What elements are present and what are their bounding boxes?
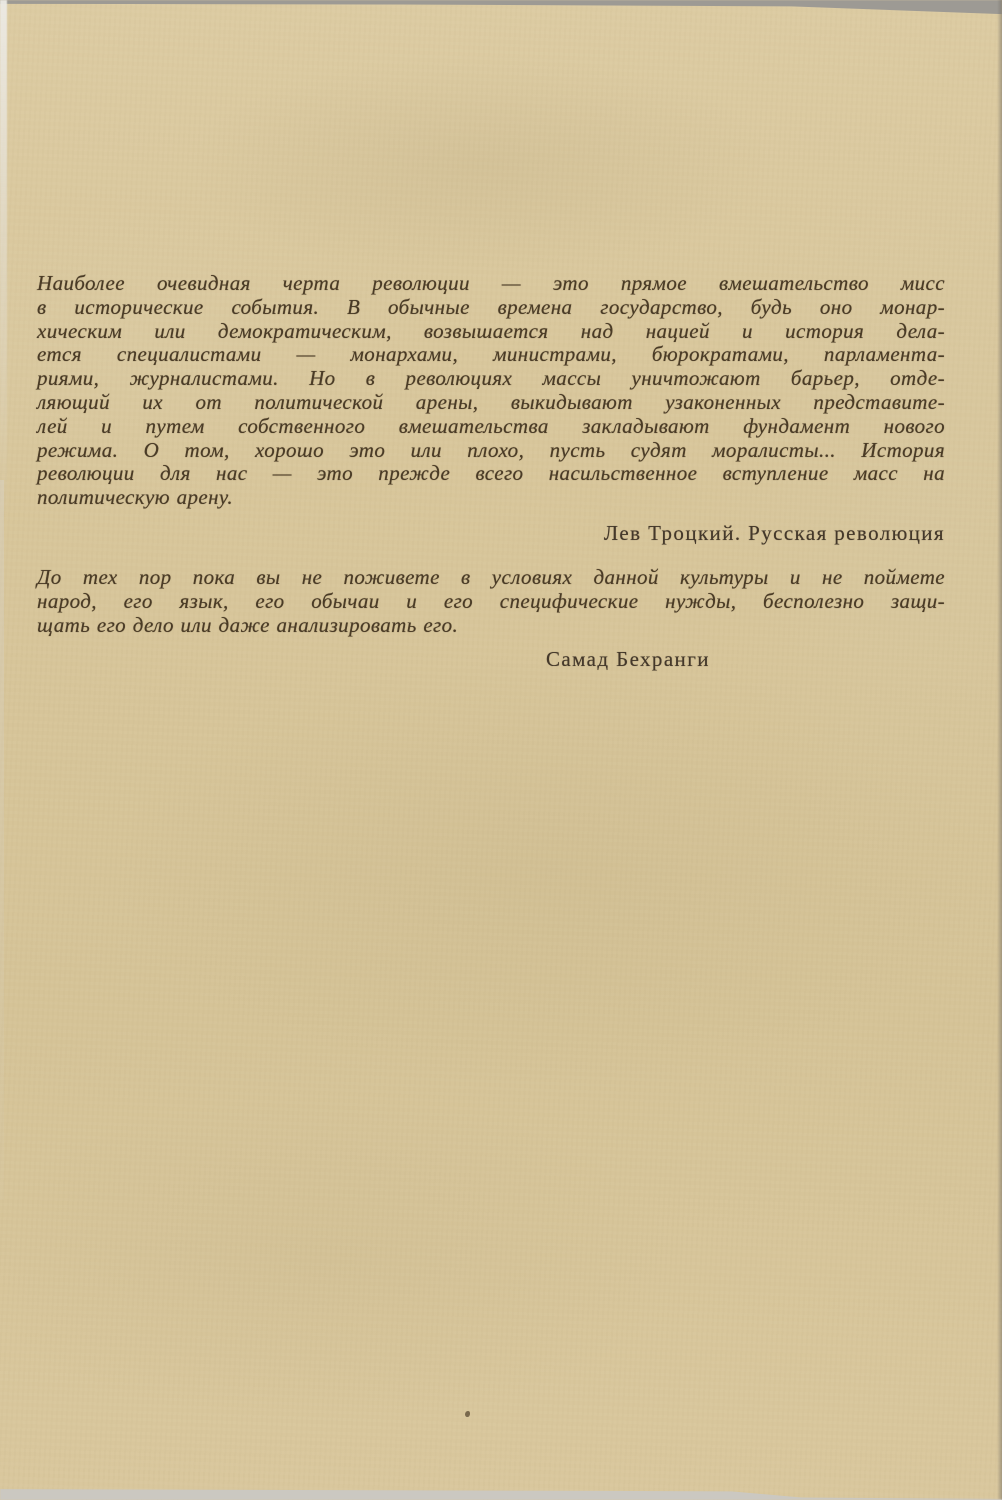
- epigraph-behrangi-quote: До тех пор пока вы не поживете в условия…: [37, 566, 945, 637]
- scan-edge-left: [0, 0, 7, 520]
- quote-line: лей и путем собственного вмешательства з…: [37, 415, 945, 439]
- book-page-scan: Наиболее очевидная черта революции — это…: [0, 0, 1002, 1500]
- quote-line: Наиболее очевидная черта революции — это…: [37, 272, 945, 296]
- epigraph-trotsky-quote: Наиболее очевидная черта революции — это…: [37, 272, 945, 510]
- quote-line: щать его дело или даже анализировать его…: [37, 614, 945, 638]
- quote-line: народ, его язык, его обычаи и его специф…: [37, 590, 945, 614]
- scan-edge-bottom: [0, 1486, 1002, 1500]
- quote-line: риями, журналистами. Но в революциях мас…: [37, 367, 945, 391]
- quote-line: ляющий их от политической арены, выкидыв…: [37, 391, 945, 415]
- quote-line: в исторические события. В обычные времен…: [37, 296, 945, 320]
- quote-line: ется специалистами — монархами, министра…: [37, 343, 945, 367]
- attribution-trotsky: Лев Троцкий. Русская революция: [604, 520, 945, 546]
- scan-edge-left-lower: [0, 480, 4, 1200]
- scan-edge-right: [997, 0, 1002, 1500]
- quote-line: политическую арену.: [37, 486, 945, 510]
- quote-line: До тех пор пока вы не поживете в условия…: [37, 566, 945, 590]
- quote-line: революции для нас — это прежде всего нас…: [37, 462, 945, 486]
- attribution-behrangi: Самад Бехранги: [546, 646, 710, 672]
- quote-line: хическим или демократическим, возвышаетс…: [37, 320, 945, 344]
- paper-texture: [0, 0, 1002, 1500]
- scan-edge-top: [0, 0, 1002, 16]
- ink-speck: [465, 1411, 470, 1417]
- quote-line: режима. О том, хорошо это или плохо, пус…: [37, 439, 945, 463]
